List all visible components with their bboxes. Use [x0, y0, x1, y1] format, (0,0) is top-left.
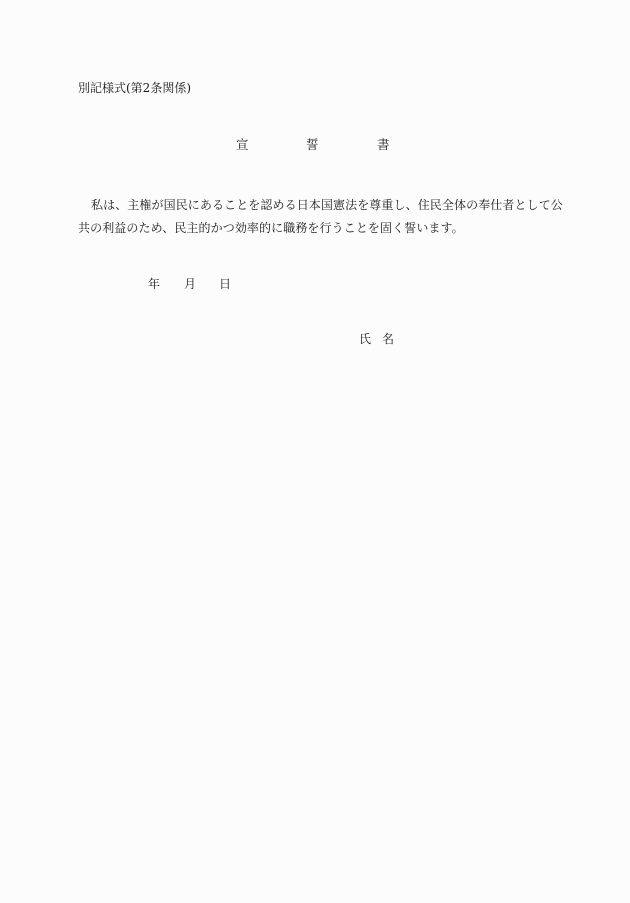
title-char-2: 誓 [306, 137, 319, 153]
month-label: 月 [184, 276, 196, 292]
oath-paragraph: 私は、主権が国民にあることを認める日本国憲法を尊重し、住民全体の奉仕者として公 … [78, 194, 550, 240]
title-char-1: 宣 [236, 137, 249, 153]
oath-line-2: 共の利益のため、民主的かつ効率的に職務を行うことを固く誓います。 [78, 217, 550, 240]
title-char-3: 書 [377, 137, 390, 153]
oath-line-1: 私は、主権が国民にあることを認める日本国憲法を尊重し、住民全体の奉仕者として公 [78, 194, 550, 217]
form-label: 別記様式(第2条関係) [78, 80, 191, 96]
name-label-char-2: 名 [382, 331, 394, 347]
day-label: 日 [219, 276, 231, 292]
name-label-char-1: 氏 [359, 331, 371, 347]
year-label: 年 [148, 276, 160, 292]
